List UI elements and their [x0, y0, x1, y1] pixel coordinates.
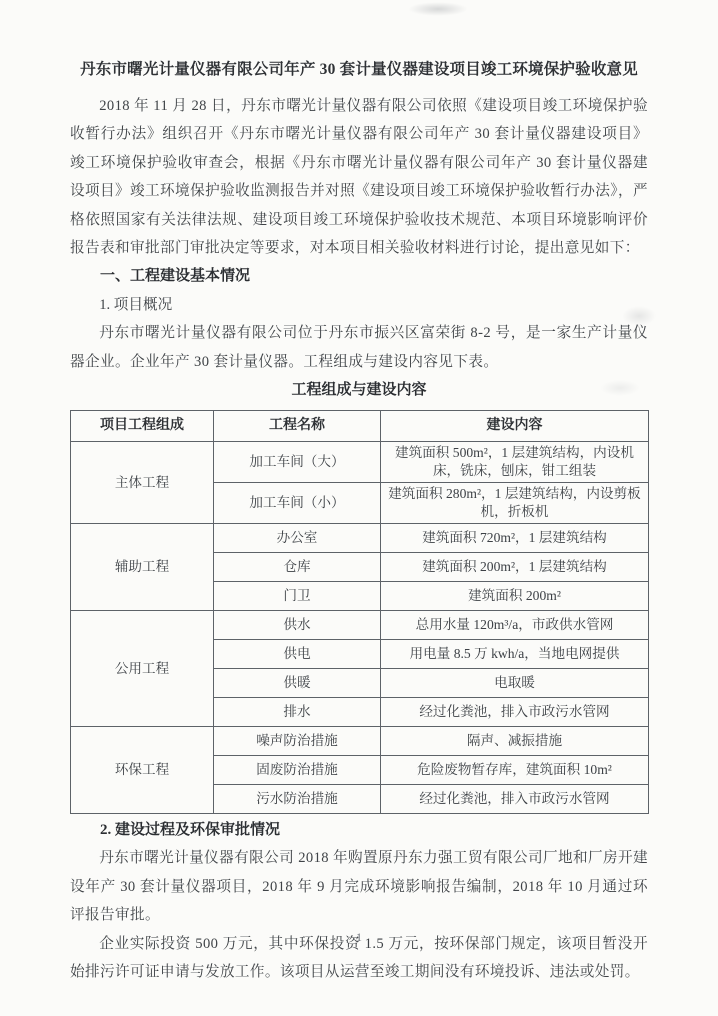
- document-title: 丹东市曙光计量仪器有限公司年产 30 套计量仪器建设项目竣工环境保护验收意见: [70, 58, 648, 82]
- construction-content-cell: 总用水量 120m³/a，市政供水管网: [381, 611, 649, 640]
- table-caption: 工程组成与建设内容: [70, 378, 648, 402]
- construction-content-cell: 建筑面积 200m²: [381, 582, 649, 611]
- construction-content-cell: 经过化粪池，排入市政污水管网: [381, 698, 649, 727]
- table-row: 辅助工程办公室建筑面积 720m²，1 层建筑结构: [71, 524, 649, 553]
- construction-content-cell: 经过化粪池，排入市政污水管网: [381, 785, 649, 814]
- construction-content-cell: 用电量 8.5 万 kwh/a，当地电网提供: [381, 640, 649, 669]
- table-header-row: 项目工程组成 工程名称 建设内容: [71, 411, 649, 442]
- project-composition-table: 项目工程组成 工程名称 建设内容 主体工程加工车间（大）建筑面积 500m²，1…: [70, 410, 649, 814]
- page-number: 1: [0, 930, 718, 945]
- project-name-cell: 排水: [214, 698, 381, 727]
- project-name-cell: 供暖: [214, 669, 381, 698]
- table-row: 公用工程供水总用水量 120m³/a，市政供水管网: [71, 611, 649, 640]
- category-cell: 环保工程: [71, 727, 214, 814]
- project-name-cell: 供电: [214, 640, 381, 669]
- project-name-cell: 供水: [214, 611, 381, 640]
- construction-content-cell: 电取暖: [381, 669, 649, 698]
- table-row: 环保工程噪声防治措施隔声、减振措施: [71, 727, 649, 756]
- document-content: 丹东市曙光计量仪器有限公司年产 30 套计量仪器建设项目竣工环境保护验收意见 2…: [70, 58, 648, 987]
- construction-content-cell: 隔声、减振措施: [381, 727, 649, 756]
- project-name-cell: 污水防治措施: [214, 785, 381, 814]
- category-cell: 公用工程: [71, 611, 214, 727]
- category-cell: 辅助工程: [71, 524, 214, 611]
- project-name-cell: 仓库: [214, 553, 381, 582]
- col-header-project-composition: 项目工程组成: [71, 411, 214, 442]
- project-name-cell: 固废防治措施: [214, 756, 381, 785]
- scanned-document-page: 丹东市曙光计量仪器有限公司年产 30 套计量仪器建设项目竣工环境保护验收意见 2…: [0, 0, 718, 1016]
- project-overview-paragraph: 丹东市曙光计量仪器有限公司位于丹东市振兴区富荣街 8-2 号，是一家生产计量仪器…: [70, 319, 648, 376]
- section-1-1-heading: 1. 项目概况: [70, 291, 648, 319]
- construction-content-cell: 建筑面积 500m²，1 层建筑结构，内设机床，铣床，刨床，钳工组装: [381, 442, 649, 483]
- project-name-cell: 噪声防治措施: [214, 727, 381, 756]
- scan-smudge: [408, 2, 468, 16]
- table-row: 主体工程加工车间（大）建筑面积 500m²，1 层建筑结构，内设机床，铣床，刨床…: [71, 442, 649, 483]
- project-name-cell: 办公室: [214, 524, 381, 553]
- section-1-heading: 一、工程建设基本情况: [70, 262, 648, 290]
- project-table-body: 主体工程加工车间（大）建筑面积 500m²，1 层建筑结构，内设机床，铣床，刨床…: [71, 442, 649, 814]
- construction-content-cell: 建筑面积 720m²，1 层建筑结构: [381, 524, 649, 553]
- category-cell: 主体工程: [71, 442, 214, 524]
- section-2-heading: 2. 建设过程及环保审批情况: [70, 816, 648, 844]
- intro-paragraph: 2018 年 11 月 28 日，丹东市曙光计量仪器有限公司依照《建设项目竣工环…: [70, 92, 648, 262]
- project-name-cell: 加工车间（大）: [214, 442, 381, 483]
- col-header-construction-content: 建设内容: [381, 411, 649, 442]
- construction-content-cell: 建筑面积 200m²，1 层建筑结构: [381, 553, 649, 582]
- construction-process-paragraph: 丹东市曙光计量仪器有限公司 2018 年购置原丹东力强工贸有限公司厂地和厂房开建…: [70, 844, 648, 929]
- project-name-cell: 门卫: [214, 582, 381, 611]
- construction-content-cell: 建筑面积 280m²，1 层建筑结构，内设剪板机，折板机: [381, 483, 649, 524]
- construction-content-cell: 危险废物暂存库，建筑面积 10m²: [381, 756, 649, 785]
- project-name-cell: 加工车间（小）: [214, 483, 381, 524]
- col-header-project-name: 工程名称: [214, 411, 381, 442]
